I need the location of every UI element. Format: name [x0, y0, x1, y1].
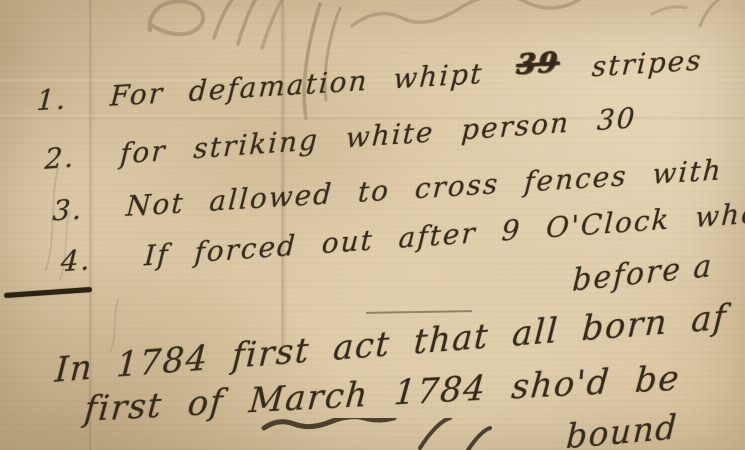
item-1-text-tail: stripes: [591, 44, 704, 84]
interline-fragment: before a: [571, 248, 714, 298]
item-1-text: For defamation whipt: [109, 57, 484, 113]
paragraph-line-3-clipped: bound: [565, 407, 679, 450]
item-1-corrected-number: 39: [516, 45, 561, 81]
clipped-line-fragment: [260, 418, 560, 450]
item-4-number: 4.: [60, 243, 92, 278]
manuscript-page: 1. For defamation whipt 39 stripes 2. fo…: [0, 0, 745, 450]
item-3-number: 3.: [52, 193, 85, 228]
item-2-text: for striking white person 30: [119, 101, 637, 170]
left-margin-dash: [4, 287, 92, 298]
item-1-number: 1.: [36, 82, 69, 117]
pencil-stroke: [366, 310, 472, 314]
item-2-number: 2.: [44, 140, 76, 175]
paper-crease-vertical-center: [280, 0, 288, 348]
